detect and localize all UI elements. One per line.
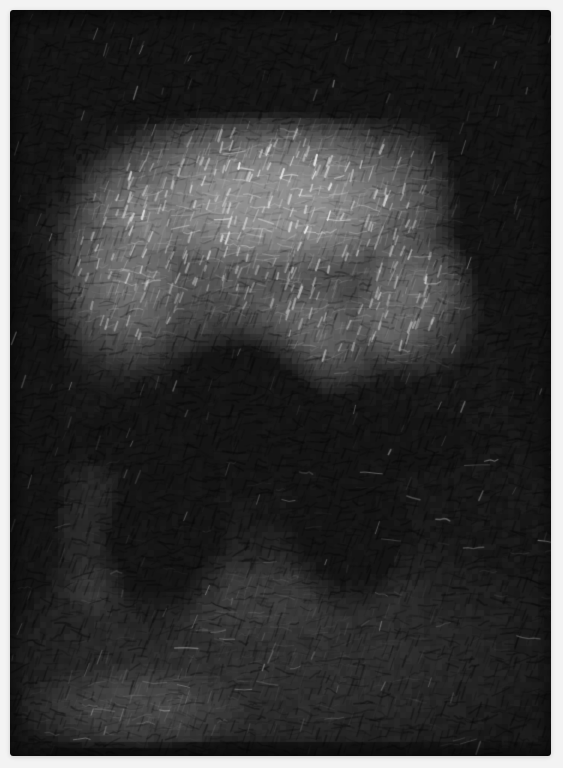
charcoal-drawing-canvas	[10, 10, 551, 756]
photo-background	[0, 0, 563, 768]
